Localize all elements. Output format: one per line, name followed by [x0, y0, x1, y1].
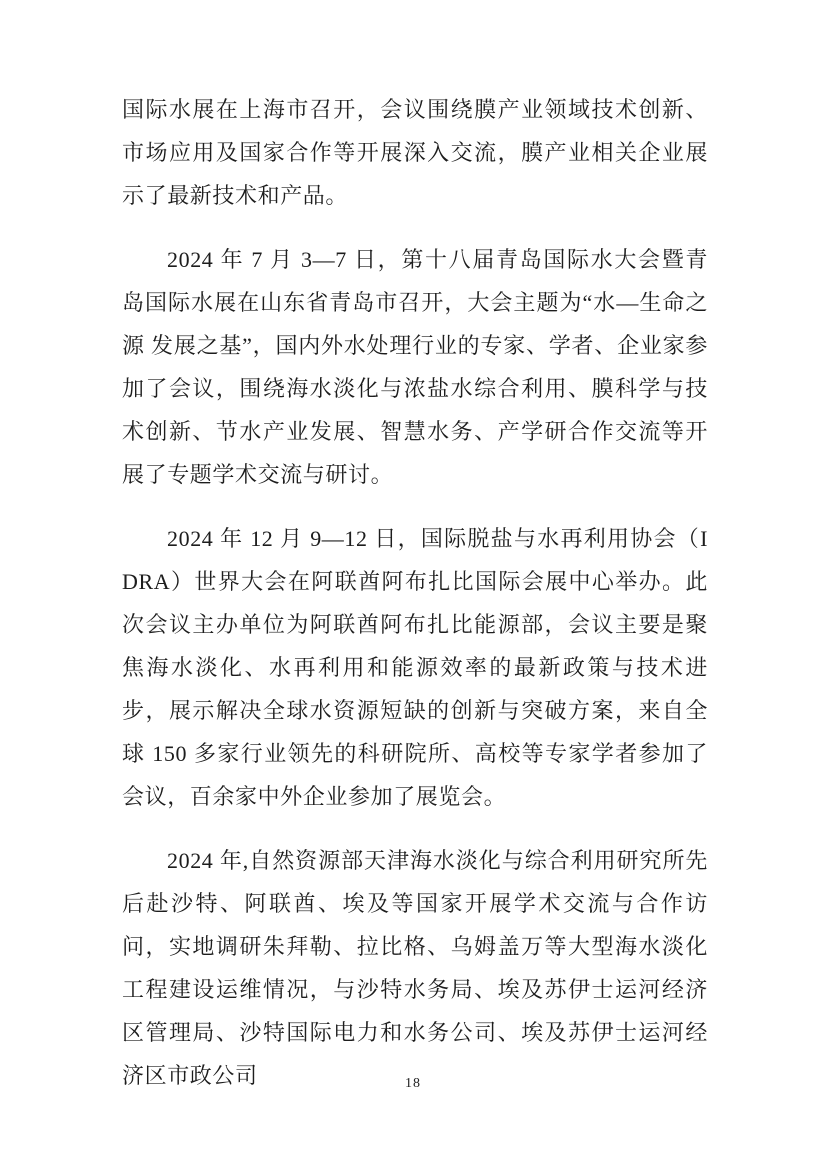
page-number: 18	[0, 1076, 826, 1092]
paragraph-tianjin-institute-visits: 2024 年,自然资源部天津海水淡化与综合利用研究所先后赴沙特、阿联酋、埃及等国…	[122, 839, 708, 1097]
document-page: 国际水展在上海市召开，会议围绕膜产业领域技术创新、市场应用及国家合作等开展深入交…	[0, 0, 826, 1169]
paragraph-idra-world-congress: 2024 年 12 月 9—12 日，国际脱盐与水再利用协会（IDRA）世界大会…	[122, 517, 708, 818]
paragraph-qingdao-water-congress: 2024 年 7 月 3—7 日，第十八届青岛国际水大会暨青岛国际水展在山东省青…	[122, 238, 708, 496]
paragraph-continuation: 国际水展在上海市召开，会议围绕膜产业领域技术创新、市场应用及国家合作等开展深入交…	[122, 88, 708, 217]
document-body: 国际水展在上海市召开，会议围绕膜产业领域技术创新、市场应用及国家合作等开展深入交…	[122, 88, 708, 1118]
